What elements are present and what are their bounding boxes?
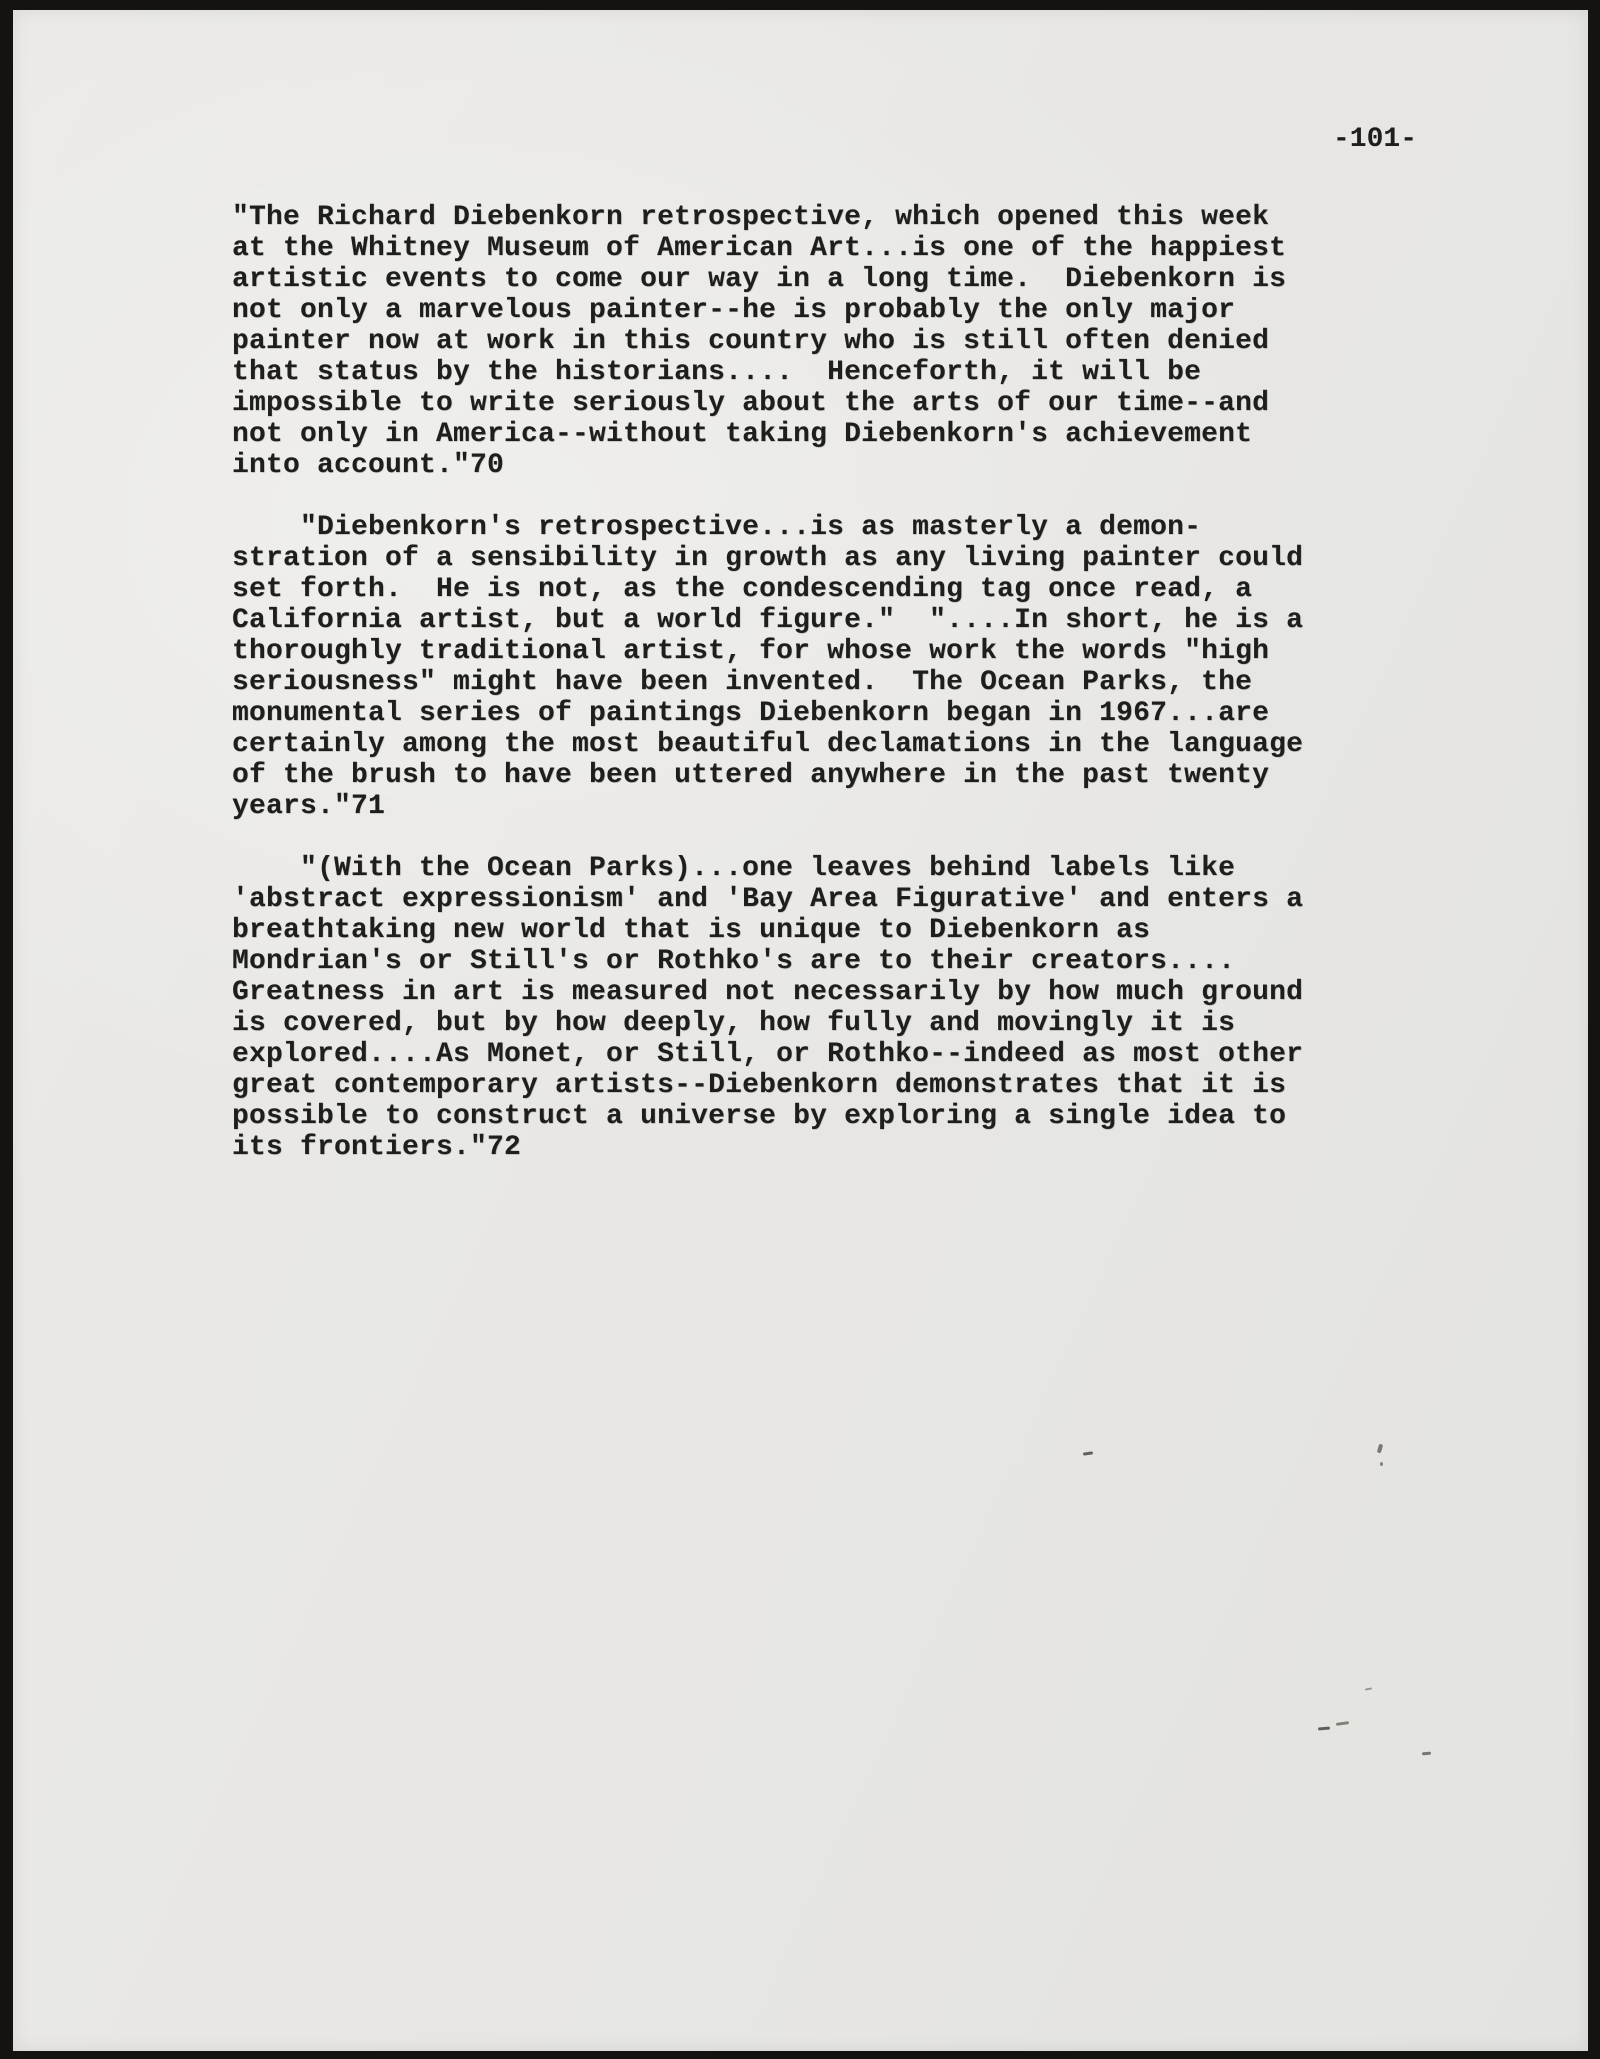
ink-speck <box>1365 1687 1372 1690</box>
text-line: of the brush to have been uttered anywhe… <box>232 760 1303 791</box>
text-line: "The Richard Diebenkorn retrospective, w… <box>232 202 1303 233</box>
ink-speck <box>1380 1462 1383 1466</box>
text-line: stration of a sensibility in growth as a… <box>232 543 1303 574</box>
text-line: that status by the historians.... Hencef… <box>232 357 1303 388</box>
text-line: impossible to write seriously about the … <box>232 388 1303 419</box>
text-line: "(With the Ocean Parks)...one leaves beh… <box>232 853 1303 884</box>
text-line: "Diebenkorn's retrospective...is as mast… <box>232 512 1303 543</box>
paragraph-1: "The Richard Diebenkorn retrospective, w… <box>232 202 1303 481</box>
ink-speck <box>1422 1752 1431 1756</box>
text-line: explored....As Monet, or Still, or Rothk… <box>232 1039 1303 1070</box>
text-line: seriousness" might have been invented. T… <box>232 667 1303 698</box>
text-line: years."71 <box>232 791 1303 822</box>
document-page: -101- "The Richard Diebenkorn retrospect… <box>13 10 1588 2051</box>
ink-speck <box>1377 1444 1383 1454</box>
text-line: is covered, but by how deeply, how fully… <box>232 1008 1303 1039</box>
text-line: set forth. He is not, as the condescendi… <box>232 574 1303 605</box>
text-line: monumental series of paintings Diebenkor… <box>232 698 1303 729</box>
paragraph-2: "Diebenkorn's retrospective...is as mast… <box>232 512 1303 822</box>
text-line: not only in America--without taking Dieb… <box>232 419 1303 450</box>
ink-speck <box>1318 1726 1330 1730</box>
ink-speck <box>1336 1721 1349 1726</box>
text-line: California artist, but a world figure." … <box>232 605 1303 636</box>
text-line: Mondrian's or Still's or Rothko's are to… <box>232 946 1303 977</box>
text-line: certainly among the most beautiful decla… <box>232 729 1303 760</box>
text-block: "The Richard Diebenkorn retrospective, w… <box>232 202 1303 1163</box>
paragraph-3: "(With the Ocean Parks)...one leaves beh… <box>232 853 1303 1163</box>
text-line: at the Whitney Museum of American Art...… <box>232 233 1303 264</box>
page-number: -101- <box>1333 124 1417 155</box>
text-line: 'abstract expressionism' and 'Bay Area F… <box>232 884 1303 915</box>
text-line: its frontiers."72 <box>232 1132 1303 1163</box>
text-line: thoroughly traditional artist, for whose… <box>232 636 1303 667</box>
text-line: artistic events to come our way in a lon… <box>232 264 1303 295</box>
text-line: possible to construct a universe by expl… <box>232 1101 1303 1132</box>
text-line: not only a marvelous painter--he is prob… <box>232 295 1303 326</box>
text-line: painter now at work in this country who … <box>232 326 1303 357</box>
text-line: great contemporary artists--Diebenkorn d… <box>232 1070 1303 1101</box>
text-line: breathtaking new world that is unique to… <box>232 915 1303 946</box>
text-line: Greatness in art is measured not necessa… <box>232 977 1303 1008</box>
text-line: into account."70 <box>232 450 1303 481</box>
ink-speck <box>1083 1451 1093 1455</box>
